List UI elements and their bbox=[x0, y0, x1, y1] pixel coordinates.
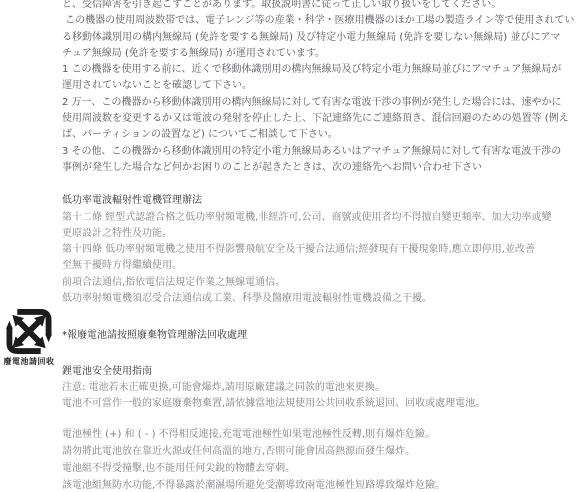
battery-recycle-mark: 廢電池請回收 bbox=[3, 309, 55, 367]
taiwan-lprf-regulation-heading: 低功率電波輻射性電機管理辦法 bbox=[62, 193, 579, 209]
lithium-battery-guide-heading: 鋰電池安全使用指南 bbox=[62, 364, 579, 380]
taiwan-lprf-regulation-body: 第十二條 經型式認證合格之低功率射頻電機,非經許可,公司、商號或使用者均不得擅自… bbox=[62, 210, 579, 308]
battery-recycle-caption: 廢電池請回收 bbox=[3, 356, 55, 367]
japan-radio-interference-notice: と、受信障害を引き起こすことがあります。取扱説明書に従って正しい取り扱いをしてく… bbox=[62, 0, 579, 176]
regulatory-page: と、受信障害を引き起こすことがあります。取扱説明書に従って正しい取り扱いをしてく… bbox=[0, 0, 579, 492]
battery-recycle-icon bbox=[4, 309, 54, 354]
lithium-battery-guide-para1: 注意: 電池若未正確更換,可能會爆炸,請用原廠建議之同款的電池來更換。 電池不可… bbox=[62, 380, 579, 413]
battery-disposal-note: *報廢電池請按照廢棄物管理辦法回收處理 bbox=[62, 328, 579, 344]
text-column: と、受信障害を引き起こすことがあります。取扱説明書に従って正しい取り扱いをしてく… bbox=[62, 0, 579, 492]
lithium-battery-guide-para2: 電池極性 (+) 和 ( - ) 不得相反連接,充電電池極性如果電池極性反轉,則… bbox=[62, 426, 579, 492]
